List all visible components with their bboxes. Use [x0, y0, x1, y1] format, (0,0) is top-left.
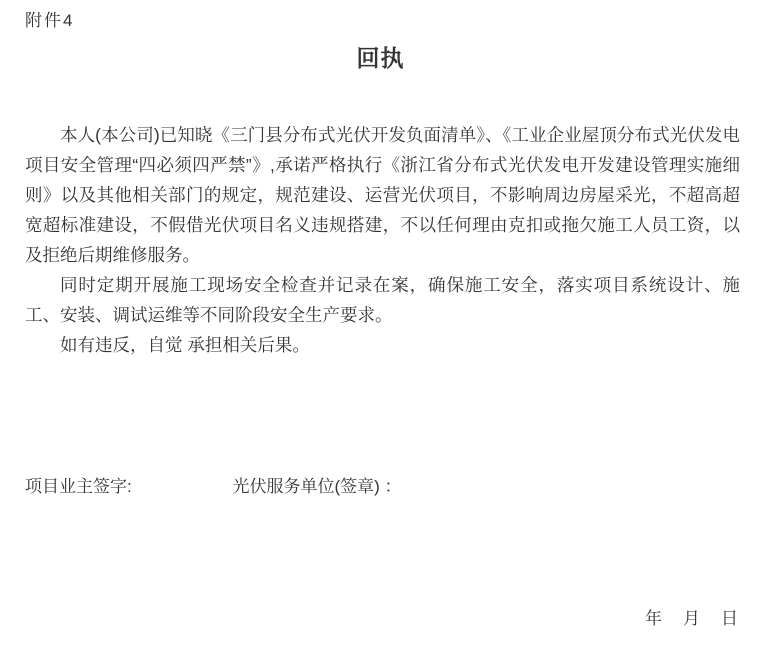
signature-row: 项目业主签字: 光伏服务单位(签章) ： — [25, 472, 740, 502]
document-body: 本人(本公司)已知晓《三门县分布式光伏开发负面清单》、《工业企业屋顶分布式光伏发… — [25, 120, 740, 634]
document-title: 回执 — [0, 43, 761, 73]
document-page: 附件4 回执 本人(本公司)已知晓《三门县分布式光伏开发负面清单》、《工业企业屋… — [0, 0, 761, 648]
owner-signature-label: 项目业主签字: — [25, 477, 132, 496]
paragraph-safety-inspection: 同时定期开展施工现场安全检查并记录在案，确保施工安全，落实项目系统设计、施工、安… — [25, 270, 740, 330]
service-unit-seal-label: 光伏服务单位(签章) ： — [232, 477, 401, 496]
paragraph-commitment: 本人(本公司)已知晓《三门县分布式光伏开发负面清单》、《工业企业屋顶分布式光伏发… — [25, 120, 740, 270]
paragraph-consequences: 如有违反，自觉 承担相关后果。 — [25, 330, 740, 360]
date-line: 年 月 日 — [25, 604, 740, 634]
attachment-label: 附件4 — [0, 0, 761, 33]
